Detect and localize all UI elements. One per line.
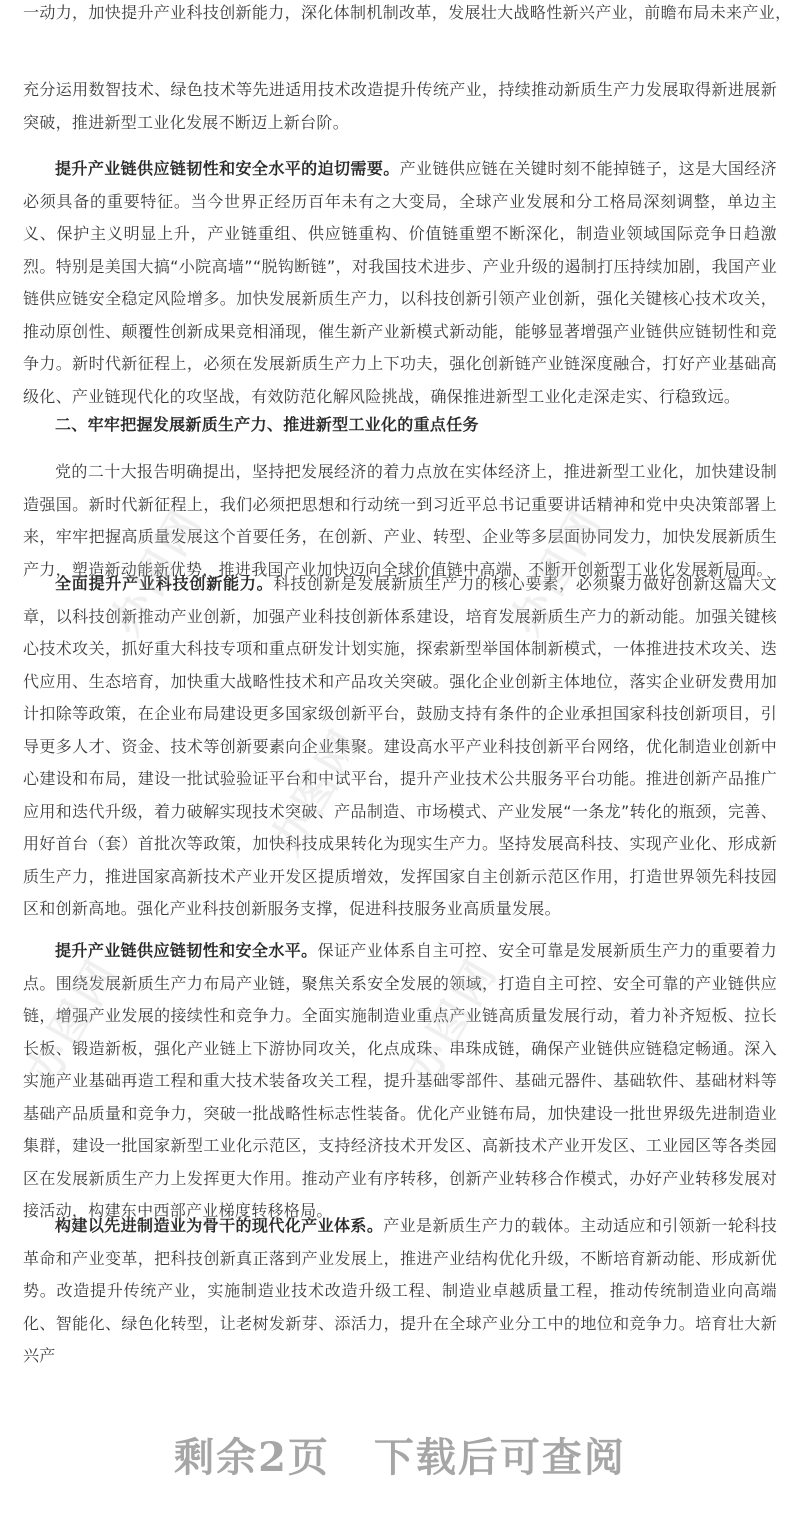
- paragraph-lead: 提升产业链供应链韧性和安全水平。: [55, 941, 318, 960]
- paragraph-body: 科技创新是发展新质生产力的核心要素，必须聚力做好创新这篇大文章，以科技创新推动产…: [23, 574, 777, 918]
- paragraph-body: 产业是新质生产力的载体。主动适应和引领新一轮科技革命和产业变革，把科技创新真正落…: [23, 1216, 777, 1365]
- paragraph-lead: 提升产业链供应链韧性和安全水平的迫切需要。: [55, 159, 400, 178]
- paragraph-intro: 党的二十大报告明确提出，坚持把发展经济的着力点放在实体经济上，推进新型工业化，加…: [23, 456, 777, 586]
- download-to-read-more-button[interactable]: 剩余2页下载后可查阅: [0, 1418, 800, 1498]
- paragraph-lead: 构建以先进制造业为骨干的现代化产业体系。: [55, 1216, 383, 1235]
- fragment-top-line: 一动力，加快提升产业科技创新能力，深化体制机制改革，发展壮大战略性新兴产业，前瞻…: [23, 2, 777, 24]
- download-action-label: 下载后可查阅: [374, 1434, 626, 1481]
- paragraph-supply-chain-need: 提升产业链供应链韧性和安全水平的迫切需要。产业链供应链在关键时刻不能掉链子，这是…: [23, 153, 777, 413]
- paragraph-resilience: 提升产业链供应链韧性和安全水平。保证产业体系自主可控、安全可靠是发展新质生产力的…: [23, 935, 777, 1228]
- remaining-pages-label: 剩余2页: [174, 1434, 330, 1481]
- paragraph-continue: 充分运用数智技术、绿色技术等先进适用技术改造提升传统产业，持续推动新质生产力发展…: [23, 74, 777, 139]
- paragraph-lead: 全面提升产业科技创新能力。: [55, 574, 273, 593]
- section-heading: 二、牢牢把握发展新质生产力、推进新型工业化的重点任务: [23, 414, 777, 436]
- paragraph-body: 保证产业体系自主可控、安全可靠是发展新质生产力的重要着力点。围绕发展新质生产力布…: [23, 941, 777, 1220]
- paragraph-modern-system: 构建以先进制造业为骨干的现代化产业体系。产业是新质生产力的载体。主动适应和引领新…: [23, 1210, 777, 1373]
- paragraph-innovation: 全面提升产业科技创新能力。科技创新是发展新质生产力的核心要素，必须聚力做好创新这…: [23, 568, 777, 926]
- paragraph-body: 产业链供应链在关键时刻不能掉链子，这是大国经济必须具备的重要特征。当今世界正经历…: [23, 159, 777, 406]
